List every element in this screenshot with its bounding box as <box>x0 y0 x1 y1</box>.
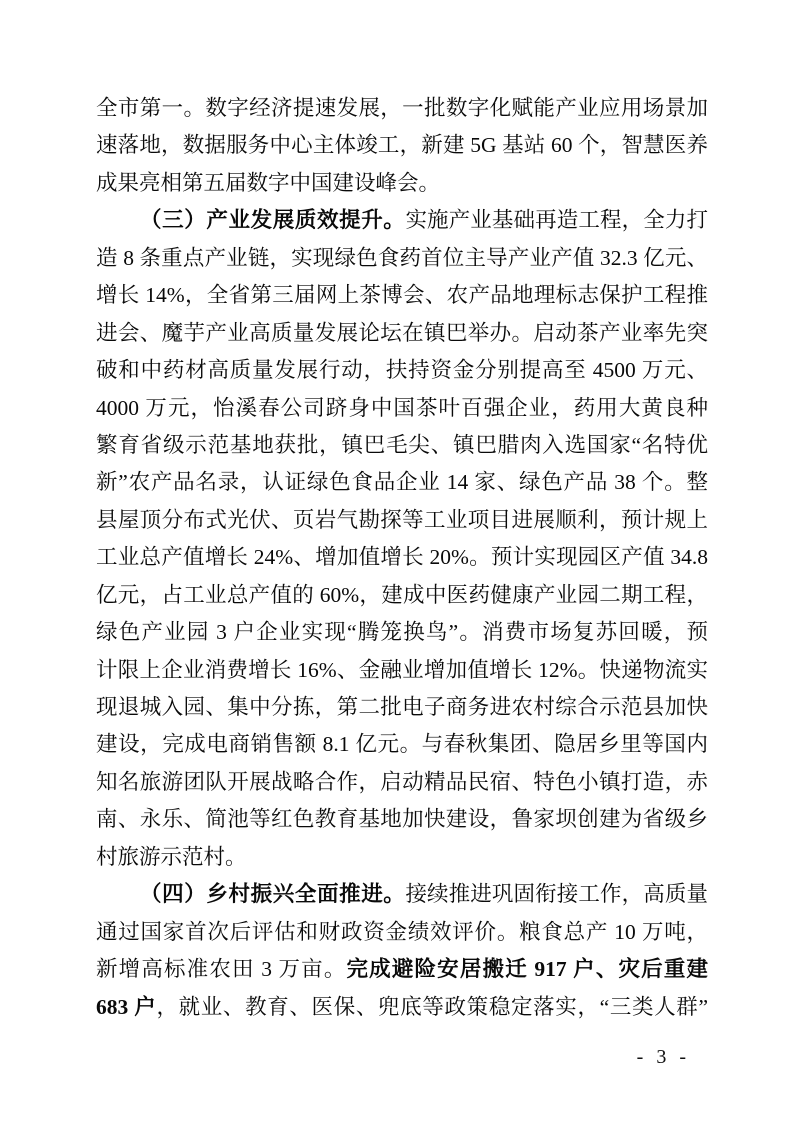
text-segment: 亿元，占工业总产值的 60%，建成中医药健康产业园二期工程， <box>96 583 708 607</box>
text-segment: 繁育省级示范基地获批，镇巴毛尖、镇巴腊肉入选国家“名特优 <box>96 433 708 457</box>
text-segment: 计限上企业消费增长 16%、金融业增加值增长 12%。快递物流实 <box>96 658 708 682</box>
text-segment: 速落地，数据服务中心主体竣工，新建 5G 基站 60 个，智慧医养 <box>96 133 708 157</box>
text-line: 增长 14%，全省第三届网上茶博会、农产品地理标志保护工程推 <box>96 277 708 314</box>
text-line: 工业总产值增长 24%、增加值增长 20%。预计实现园区产值 34.8 <box>96 539 708 576</box>
text-line: 现退城入园、集中分拣，第二批电子商务进农村综合示范县加快 <box>96 689 708 726</box>
text-segment: 村旅游示范村。 <box>96 845 247 869</box>
text-line: 知名旅游团队开展战略合作，启动精品民宿、特色小镇打造，赤 <box>96 764 708 801</box>
text-segment: 工业总产值增长 24%、增加值增长 20%。预计实现园区产值 34.8 <box>96 545 708 569</box>
text-line: 计限上企业消费增长 16%、金融业增加值增长 12%。快递物流实 <box>96 652 708 689</box>
text-line: （三）产业发展质效提升。实施产业基础再造工程，全力打 <box>96 202 708 239</box>
text-segment: 现退城入园、集中分拣，第二批电子商务进农村综合示范县加快 <box>96 695 708 719</box>
text-line: 通过国家首次后评估和财政资金绩效评价。粮食总产 10 万吨， <box>96 914 708 951</box>
text-segment: 4000 万元，怡溪春公司跻身中国茶叶百强企业，药用大黄良种 <box>96 396 708 420</box>
text-segment: 破和中药材高质量发展行动，扶持资金分别提高至 4500 万元、 <box>96 358 708 382</box>
text-segment: 全市第一。数字经济提速发展，一批数字化赋能产业应用场景加 <box>96 96 708 120</box>
text-line: 进会、魔芋产业高质量发展论坛在镇巴举办。启动茶产业率先突 <box>96 315 708 352</box>
page-number: - 3 - <box>0 1046 690 1069</box>
text-segment: 造 8 条重点产业链，实现绿色食药首位主导产业产值 32.3 亿元、 <box>96 246 708 270</box>
text-segment: 新”农产品名录，认证绿色食品企业 14 家、绿色产品 38 个。整 <box>96 470 708 494</box>
text-segment: 建设，完成电商销售额 8.1 亿元。与春秋集团、隐居乡里等国内 <box>96 732 708 756</box>
text-line: 速落地，数据服务中心主体竣工，新建 5G 基站 60 个，智慧医养 <box>96 127 708 164</box>
text-line: 绿色产业园 3 户企业实现“腾笼换鸟”。消费市场复苏回暖，预 <box>96 614 708 651</box>
text-segment: 绿色产业园 3 户企业实现“腾笼换鸟”。消费市场复苏回暖，预 <box>96 620 708 644</box>
text-segment: 知名旅游团队开展战略合作，启动精品民宿、特色小镇打造，赤 <box>96 770 708 794</box>
text-line: 亿元，占工业总产值的 60%，建成中医药健康产业园二期工程， <box>96 577 708 614</box>
text-segment: 增长 14%，全省第三届网上茶博会、农产品地理标志保护工程推 <box>96 283 708 307</box>
text-line: 县屋顶分布式光伏、页岩气勘探等工业项目进展顺利，预计规上 <box>96 502 708 539</box>
text-segment: 接续推进巩固衔接工作，高质量 <box>405 882 708 906</box>
text-line: 新”农产品名录，认证绿色食品企业 14 家、绿色产品 38 个。整 <box>96 464 708 501</box>
text-line: 4000 万元，怡溪春公司跻身中国茶叶百强企业，药用大黄良种 <box>96 390 708 427</box>
section-heading: （三）产业发展质效提升。 <box>140 208 405 232</box>
text-segment: 683 户 <box>96 995 156 1019</box>
text-line: 造 8 条重点产业链，实现绿色食药首位主导产业产值 32.3 亿元、 <box>96 240 708 277</box>
text-segment: 完成避险安居搬迁 917 户、灾后重建 <box>347 957 708 981</box>
text-segment: 县屋顶分布式光伏、页岩气勘探等工业项目进展顺利，预计规上 <box>96 508 708 532</box>
text-line: 村旅游示范村。 <box>96 839 708 876</box>
text-line: （四）乡村振兴全面推进。接续推进巩固衔接工作，高质量 <box>96 876 708 913</box>
section-heading: （四）乡村振兴全面推进。 <box>140 882 405 906</box>
text-segment: ，就业、教育、医保、兜底等政策稳定落实，“三类人群” <box>156 995 708 1019</box>
text-segment: 新增高标准农田 3 万亩。 <box>96 957 347 981</box>
text-segment: 通过国家首次后评估和财政资金绩效评价。粮食总产 10 万吨， <box>96 920 708 944</box>
text-segment: 成果亮相第五届数字中国建设峰会。 <box>96 171 440 195</box>
text-block: 全市第一。数字经济提速发展，一批数字化赋能产业应用场景加速落地，数据服务中心主体… <box>96 90 708 1026</box>
text-line: 全市第一。数字经济提速发展，一批数字化赋能产业应用场景加 <box>96 90 708 127</box>
text-line: 成果亮相第五届数字中国建设峰会。 <box>96 165 708 202</box>
text-line: 繁育省级示范基地获批，镇巴毛尖、镇巴腊肉入选国家“名特优 <box>96 427 708 464</box>
text-line: 683 户，就业、教育、医保、兜底等政策稳定落实，“三类人群” <box>96 989 708 1026</box>
text-segment: 进会、魔芋产业高质量发展论坛在镇巴举办。启动茶产业率先突 <box>96 321 708 345</box>
document-page: 全市第一。数字经济提速发展，一批数字化赋能产业应用场景加速落地，数据服务中心主体… <box>0 0 793 1122</box>
text-line: 破和中药材高质量发展行动，扶持资金分别提高至 4500 万元、 <box>96 352 708 389</box>
text-line: 建设，完成电商销售额 8.1 亿元。与春秋集团、隐居乡里等国内 <box>96 726 708 763</box>
text-segment: 实施产业基础再造工程，全力打 <box>405 208 708 232</box>
text-line: 南、永乐、简池等红色教育基地加快建设，鲁家坝创建为省级乡 <box>96 801 708 838</box>
text-segment: 南、永乐、简池等红色教育基地加快建设，鲁家坝创建为省级乡 <box>96 807 708 831</box>
text-line: 新增高标准农田 3 万亩。完成避险安居搬迁 917 户、灾后重建 <box>96 951 708 988</box>
